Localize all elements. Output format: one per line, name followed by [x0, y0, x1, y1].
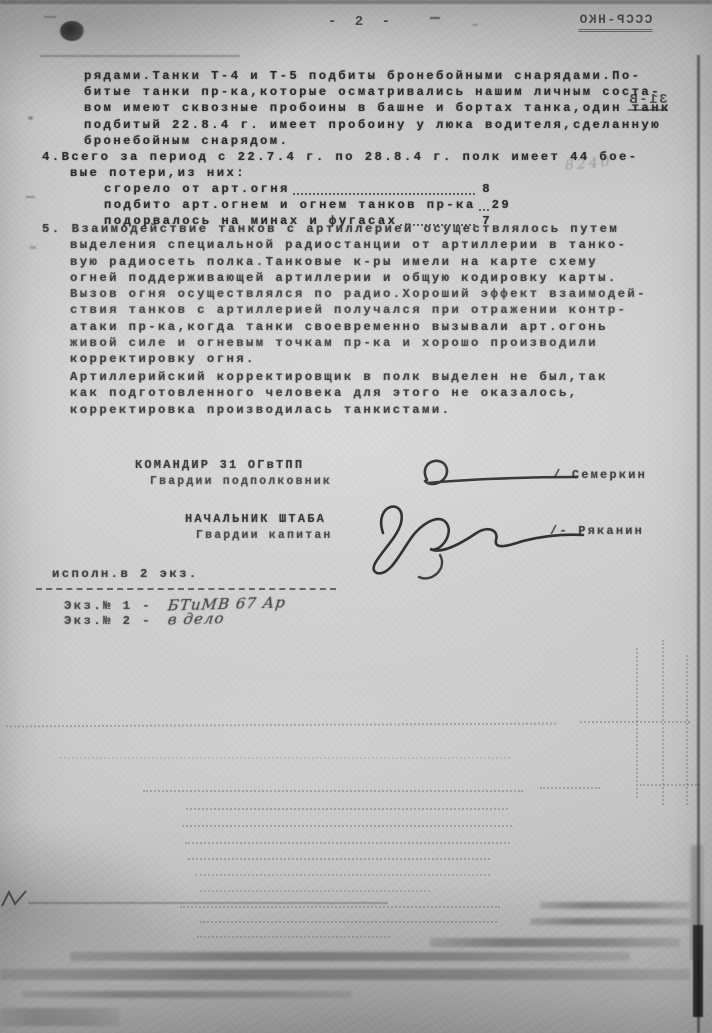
item-4-intro: Всего за период с 22.7.4 г. по 28.8.4 г.… [62, 150, 639, 164]
bleedthrough-text-smudge [22, 991, 352, 998]
speck [26, 196, 35, 198]
bleedthrough-text-smudge [430, 938, 680, 947]
typed-line: 5.Взаимодействие танков с артиллерией ос… [42, 221, 647, 237]
bleedthrough-dotted-line [60, 757, 510, 759]
typed-line: Вызов огня осуществлялся по радио.Хороши… [42, 286, 647, 302]
bleedthrough-dotted-line [185, 842, 510, 844]
signature-2-scribble [345, 495, 605, 585]
loss-row: сгорело от арт.огня 8 [104, 182, 492, 198]
typed-line: вые потери,из них: [42, 165, 639, 181]
typed-line: рядами.Танки Т-4 и Т-5 подбиты бронебойн… [84, 68, 671, 84]
speck [44, 16, 56, 18]
loss-row: подбито арт.огнем и огнем танков пр-ка 2… [104, 198, 492, 214]
document-scan-page: СССР-НКО 31-В - 2 - рядами.Танки Т-4 и Т… [0, 0, 712, 1033]
stray-mark [430, 17, 440, 19]
paragraph-continuation: рядами.Танки Т-4 и Т-5 подбиты бронебойн… [84, 68, 671, 149]
bleedthrough-dotted-line [580, 721, 690, 723]
margin-check-mark [0, 888, 30, 910]
item-4: 4.Всего за период с 22.7.4 г. по 28.8.4 … [42, 149, 639, 181]
speck [30, 246, 36, 249]
typed-line: корректировку огня. [42, 351, 647, 367]
typed-line: Артиллерийский корректировщик в полк выд… [70, 369, 608, 385]
page-number: - 2 - [328, 14, 395, 30]
dot-leader [293, 193, 475, 195]
copy-line-2: Экз.№ 2 - в дело [64, 611, 224, 629]
loss-label: сгорело от арт.огня [104, 182, 290, 198]
bleedthrough-dotted-line [143, 790, 523, 792]
surname: Семеркин [572, 468, 647, 482]
signature-1-title: КОМАНДИР 31 ОГвТПП [135, 458, 304, 472]
typed-line: вую радиосеть полка.Танковые к-ры имели … [42, 254, 647, 270]
signature-1-rank: Гвардии подполковник [150, 475, 332, 488]
typed-line: вом имеют сквозные пробоины в башне и бо… [84, 100, 671, 116]
signature-2-rank: Гвардии капитан [196, 529, 333, 542]
typed-line: подбитый 22.8.4 г. имеет пробоину у люка… [84, 117, 671, 133]
bleedthrough-dotted-column [636, 648, 638, 798]
bleedthrough-text-smudge [70, 952, 630, 961]
item-5-marker: 5. [42, 222, 62, 236]
surname: Ряканин [578, 524, 644, 538]
typed-line: битые танки пр-ка,которые осматривались … [84, 84, 671, 100]
bottom-corner-stain [0, 1008, 120, 1026]
bleedthrough-dotted-line [182, 825, 512, 827]
typed-line: огней поддерживающей артиллерии и общую … [42, 270, 647, 286]
typed-line: живой силе и огневым точкам пр-ка и хоро… [42, 335, 647, 351]
speck [28, 116, 33, 120]
stray-mark [472, 24, 478, 26]
typed-line: атаки пр-ка,когда танки своевременно выз… [42, 319, 647, 335]
typed-line: ствия танков с артиллерией получался при… [42, 302, 647, 318]
signature-2-title: НАЧАЛЬНИК ШТАБА [185, 512, 326, 526]
copy-typed-label: Экз.№ 2 - [64, 614, 152, 628]
typed-line: выделения специальной радиостанции от ар… [42, 237, 647, 253]
bleedthrough-dotted-line [540, 787, 600, 789]
bleedthrough-dotted-line [197, 936, 390, 938]
typed-dashed-rule [36, 578, 336, 590]
copy-handwritten-value: в дело [167, 610, 226, 628]
dot-leader [479, 209, 489, 211]
item-4-marker: 4. [42, 150, 62, 164]
bleedthrough-dotted-column [686, 655, 688, 805]
signature-2-name: /- Ряканин [550, 524, 644, 538]
bleedthrough-text-smudge [530, 918, 690, 925]
bleedthrough-dotted-line [188, 858, 490, 860]
paragraph-correction: Артиллерийский корректировщик в полк выд… [70, 369, 608, 418]
bleedthrough-dotted-line [195, 874, 490, 876]
typed-line: как подготовленного человека для этого н… [70, 385, 608, 401]
typed-line: бронебойным снарядом. [84, 133, 671, 149]
bleedthrough-dotted-line [180, 906, 500, 908]
bleedthrough-dotted-line [640, 784, 700, 786]
name-separator: / [553, 468, 562, 482]
margin-rule-line [28, 902, 388, 904]
bleedthrough-margin-smudge [690, 845, 704, 960]
scratch-line [40, 55, 240, 57]
bleedthrough-dotted-line [200, 890, 430, 892]
bleedthrough-stamp-ussr-nko: СССР-НКО [578, 12, 652, 32]
name-separator: /- [550, 524, 569, 538]
bleedthrough-text-smudge [540, 902, 690, 909]
item-5: 5.Взаимодействие танков с артиллерией ос… [42, 221, 647, 368]
loss-value: 8 [478, 182, 492, 198]
ink-blob-stain [60, 21, 84, 41]
loss-label: подбито арт.огнем и огнем танков пр-ка [104, 198, 476, 214]
typed-line: корректировка производилась танкистами. [70, 402, 608, 418]
scan-top-edge [0, 0, 712, 4]
item-5-first-line: Взаимодействие танков с артиллерией осущ… [62, 222, 620, 236]
bleedthrough-dotted-line [186, 808, 508, 810]
loss-value: 29 [492, 198, 506, 214]
signature-1-name: / Семеркин [553, 468, 647, 482]
bleedthrough-dotted-line [200, 921, 497, 923]
bleedthrough-text-smudge [0, 969, 690, 980]
bleedthrough-dotted-line [6, 723, 556, 728]
typed-line: 4.Всего за период с 22.7.4 г. по 28.8.4 … [42, 149, 639, 165]
